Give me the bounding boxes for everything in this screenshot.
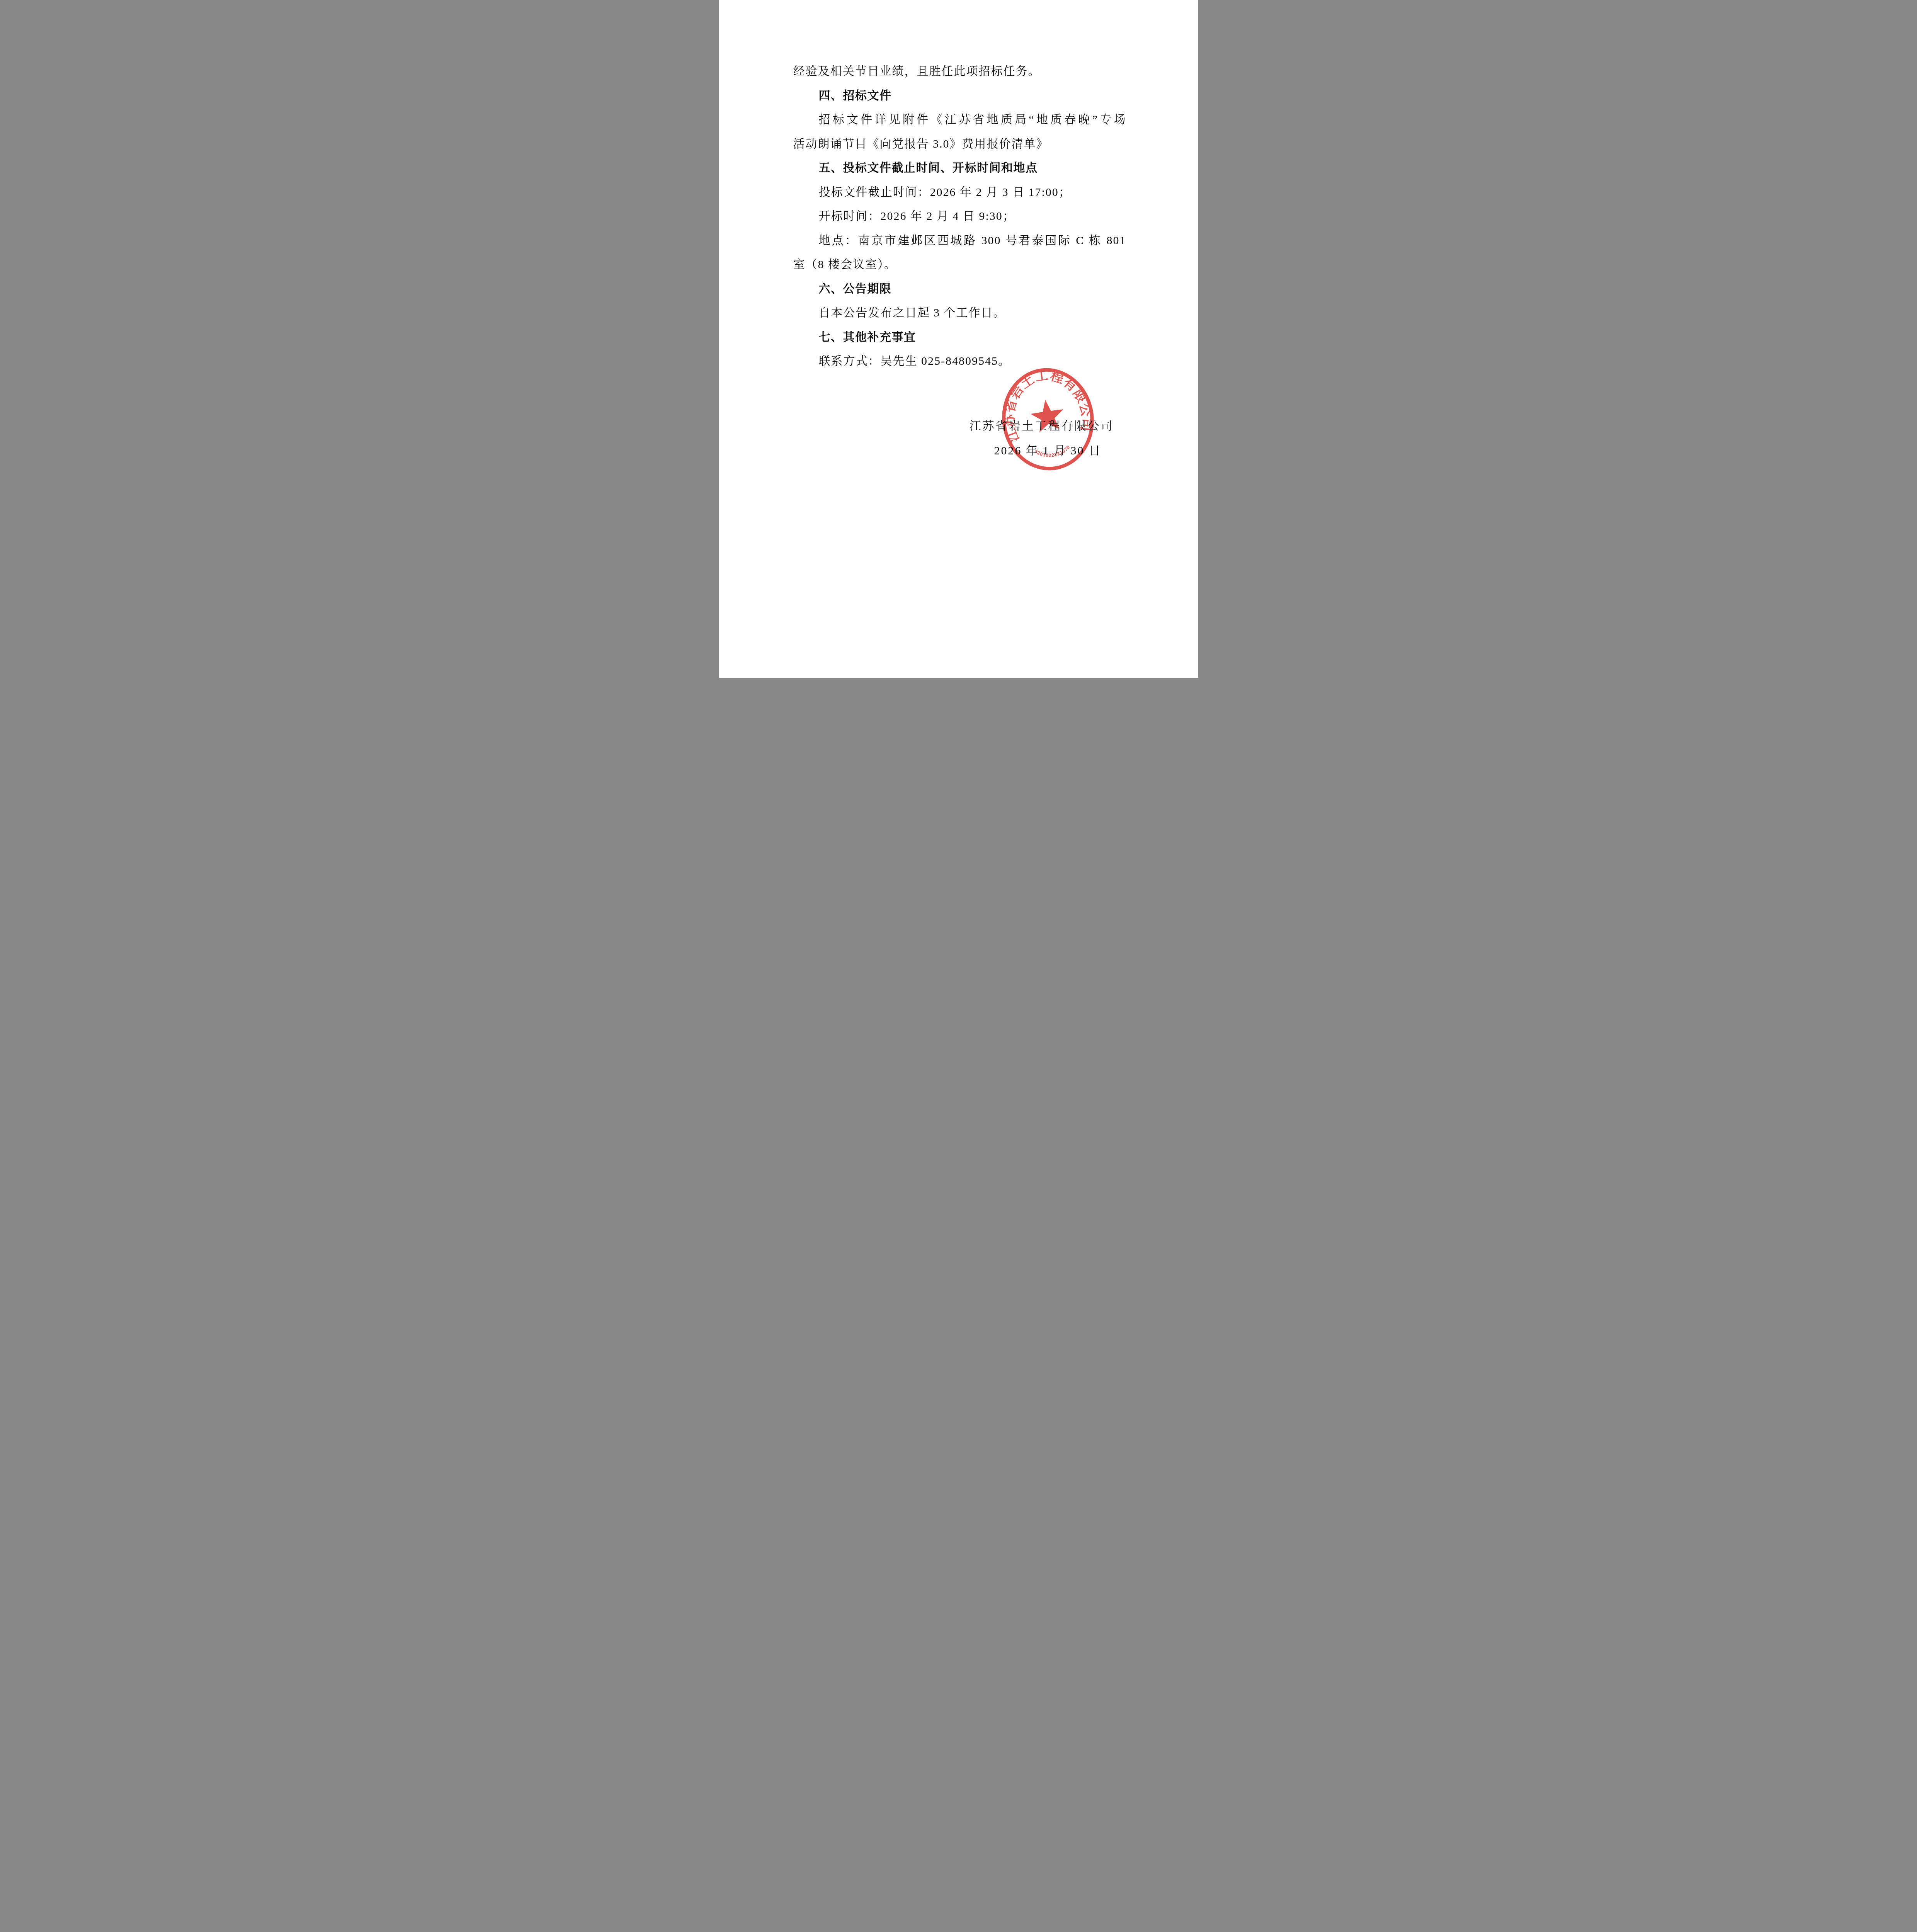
- body-line-continuation-2: 活动朗诵节目《向党报告 3.0》费用报价清单》: [793, 132, 1126, 156]
- document-page: 经验及相关节目业绩，且胜任此项招标任务。 四、招标文件 招标文件详见附件《江苏省…: [719, 0, 1198, 678]
- body-line-opening-time: 开标时间：2026 年 2 月 4 日 9:30；: [793, 204, 1126, 229]
- body-line-address: 地点：南京市建邺区西城路 300 号君泰国际 C 栋 801: [793, 229, 1126, 253]
- body-line-deadline: 投标文件截止时间：2026 年 2 月 3 日 17:00；: [793, 180, 1126, 205]
- heading-section-5: 五、投标文件截止时间、开标时间和地点: [793, 156, 1126, 180]
- heading-section-7: 七、其他补充事宜: [793, 325, 1126, 350]
- body-line-notice-period: 自本公告发布之日起 3 个工作日。: [793, 301, 1126, 325]
- body-line-attachment: 招标文件详见附件《江苏省地质局“地质春晚”专场: [793, 108, 1126, 132]
- document-body: 经验及相关节目业绩，且胜任此项招标任务。 四、招标文件 招标文件详见附件《江苏省…: [793, 60, 1126, 374]
- heading-section-4: 四、招标文件: [793, 84, 1126, 108]
- body-line-continuation-3: 室（8 楼会议室）。: [793, 253, 1126, 277]
- body-line-continuation-1: 经验及相关节目业绩，且胜任此项招标任务。: [793, 60, 1126, 84]
- heading-section-6: 六、公告期限: [793, 277, 1126, 301]
- signature-company-name: 江苏省岩土工程有限公司: [970, 414, 1114, 439]
- signature-date: 2026 年 1 月 30 日: [994, 439, 1102, 463]
